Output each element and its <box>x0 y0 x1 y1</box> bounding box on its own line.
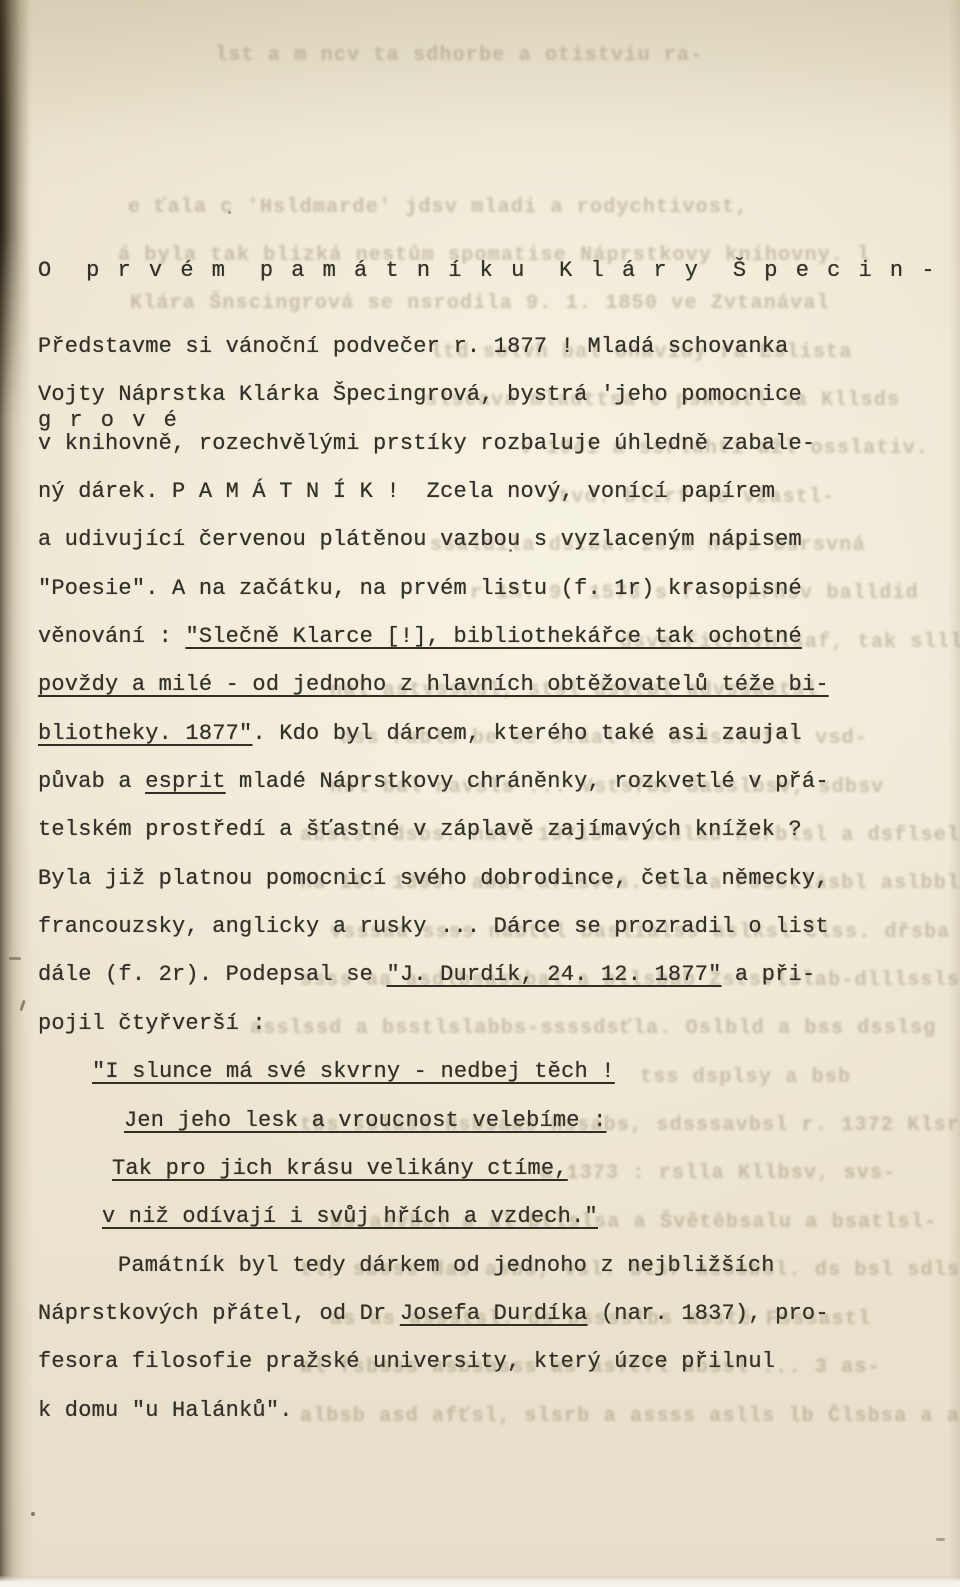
typed-line: půvab a esprit mladé Náprstkovy chráněnk… <box>38 758 898 806</box>
typed-line: Vojty Náprstka Klárka Špecingrová, bystr… <box>38 371 898 419</box>
typed-text: Představme si vánoční podvečer r. 1877 !… <box>38 334 789 359</box>
underlined-text: Jen jeho lesk a vroucnost velebíme : <box>124 1108 606 1133</box>
typed-line: povždy a milé - od jednoho z hlavních ob… <box>38 661 898 709</box>
underlined-text: v niž odívají i svůj hřích a vzdech." <box>102 1204 598 1229</box>
typed-text: Vojty Náprstka Klárka Špecingrová, bystr… <box>38 382 802 407</box>
typed-line: francouzsky, anglicky a rusky ... Dárce … <box>38 903 898 951</box>
title-line-1: O p r v é m p a m á t n í k u K l á r y … <box>38 246 936 296</box>
typed-line: "I slunce má své skvrny - nedbej těch ! <box>38 1048 898 1096</box>
typed-text: a při- <box>722 962 816 987</box>
typed-line: Představme si vánoční podvečer r. 1877 !… <box>38 323 898 371</box>
typed-line: Byla již platnou pomocnicí svého dobrodi… <box>38 855 898 903</box>
binding-edge-shadow-top <box>0 0 30 420</box>
typed-line: telském prostředí a šťastné v záplavě za… <box>38 806 898 854</box>
typed-line: dále (f. 2r). Podepsal se "J. Durdík, 24… <box>38 951 898 999</box>
underlined-text: "Slečně Klarce [!], bibliothekářce tak o… <box>185 624 802 649</box>
typed-line: pojil čtyřverší : <box>38 1000 898 1048</box>
scanned-document-page: lst a m ncv ta sdhorbe a otistviu ra-e ť… <box>0 0 960 1587</box>
typed-text: telském prostředí a šťastné v záplavě za… <box>38 817 802 842</box>
scan-bottom-edge <box>0 1576 960 1587</box>
typed-text: Byla již platnou pomocnicí svého dobrodi… <box>38 866 829 891</box>
underlined-text: "J. Durdík, 24. 12. 1877" <box>386 962 721 987</box>
typed-text: k domu "u Halánků". <box>38 1398 293 1423</box>
typed-text: fesora filosofie pražské university, kte… <box>38 1349 775 1374</box>
typed-text: mladé Náprstkovy chráněnky, rozkvetlé v … <box>226 769 829 794</box>
stray-ink-mark <box>31 1512 35 1516</box>
stray-ink-mark <box>509 549 512 552</box>
typed-text: Památník byl tedy dárkem od jednoho z ne… <box>118 1253 775 1278</box>
bleedthrough-line: lst a m ncv ta sdhorbe a otistviu ra- <box>215 44 703 67</box>
typed-text: věnování : <box>38 624 185 649</box>
typed-line: věnování : "Slečně Klarce [!], bibliothe… <box>38 613 898 661</box>
typed-text: a udivující červenou plátěnou vazbou s v… <box>38 527 802 552</box>
page-right-edge-shade <box>948 0 960 1587</box>
typed-text: . Kdo byl dárcem, kterého také asi zauja… <box>252 721 802 746</box>
typed-line: a udivující červenou plátěnou vazbou s v… <box>38 516 898 564</box>
typed-text: půvab a <box>38 769 145 794</box>
typed-line: Náprstkových přátel, od Dr Josefa Durdík… <box>38 1290 898 1338</box>
typed-text: "Poesie". A na začátku, na prvém listu (… <box>38 576 802 601</box>
typed-line: v niž odívají i svůj hřích a vzdech." <box>38 1193 898 1241</box>
typed-line: Tak pro jich krásu velikány ctíme, <box>38 1145 898 1193</box>
underlined-text: Josefa Durdíka <box>400 1301 588 1326</box>
typed-text: pojil čtyřverší : <box>38 1011 266 1036</box>
typed-line: fesora filosofie pražské university, kte… <box>38 1338 898 1386</box>
stray-ink-mark <box>936 1538 945 1541</box>
underlined-text: esprit <box>145 769 225 794</box>
typed-text: ný dárek. P A M Á T N Í K ! Zcela nový, … <box>38 479 775 504</box>
typed-body: Představme si vánoční podvečer r. 1877 !… <box>38 323 898 1435</box>
stray-ink-mark <box>9 957 21 960</box>
typed-text: v knihovně, rozechvělými prstíky rozbalu… <box>38 431 815 456</box>
typed-line: Památník byl tedy dárkem od jednoho z ne… <box>38 1242 898 1290</box>
typed-text: Náprstkových přátel, od Dr <box>38 1301 400 1326</box>
underlined-text: bliotheky. 1877" <box>38 721 252 746</box>
underlined-text: Tak pro jich krásu velikány ctíme, <box>112 1156 568 1181</box>
typed-text: dále (f. 2r). Podepsal se <box>38 962 386 987</box>
typed-line: ný dárek. P A M Á T N Í K ! Zcela nový, … <box>38 468 898 516</box>
typed-line: Jen jeho lesk a vroucnost velebíme : <box>38 1097 898 1145</box>
underlined-text: povždy a milé - od jednoho z hlavních ob… <box>38 672 829 697</box>
typed-line: "Poesie". A na začátku, na prvém listu (… <box>38 565 898 613</box>
typed-line: v knihovně, rozechvělými prstíky rozbalu… <box>38 420 898 468</box>
typed-line: k domu "u Halánků". <box>38 1387 898 1435</box>
stray-ink-mark <box>228 211 231 214</box>
typed-line: bliotheky. 1877". Kdo byl dárcem, kteréh… <box>38 710 898 758</box>
typed-text: (nar. 1837), pro- <box>588 1301 829 1326</box>
typed-text: francouzsky, anglicky a rusky ... Dárce … <box>38 914 829 939</box>
underlined-text: "I slunce má své skvrny - nedbej těch ! <box>92 1059 615 1084</box>
